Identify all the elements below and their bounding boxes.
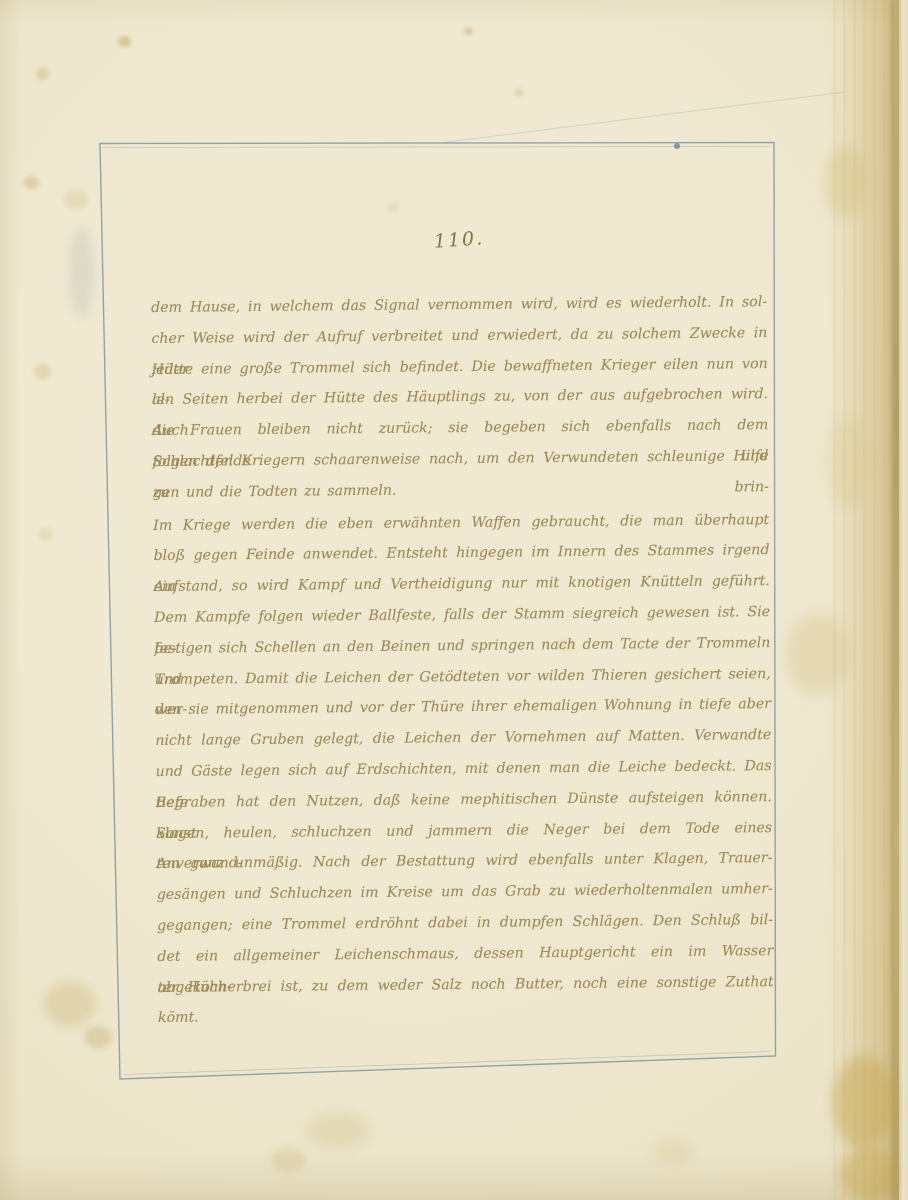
manuscript-page: 110. dem Hause, in welchem das Signal ve… [0, 0, 908, 1200]
ink-blot [674, 143, 680, 149]
stain [44, 982, 96, 1026]
paragraph-2: Im Kriege werden die eben erwähnten Waff… [153, 505, 774, 1004]
underlying-page-edge [899, 0, 908, 1200]
stain [34, 364, 51, 379]
stain [118, 36, 131, 47]
stain [514, 88, 524, 97]
stain [652, 1138, 696, 1164]
stain [306, 1112, 370, 1150]
page-number: 110. [425, 227, 492, 254]
page-edge-staining [826, 0, 896, 1200]
stray-ink-line [443, 92, 845, 143]
stain [38, 528, 53, 541]
stain [36, 68, 49, 80]
text-line: folgen den Kriegern schaarenweise nach, … [152, 441, 768, 478]
text-line: ter Hühnerbrei ist, zu dem weder Salz no… [158, 967, 774, 1004]
ruled-border-double-top [103, 147, 770, 148]
stain [64, 190, 88, 209]
stain [24, 176, 39, 189]
blue-ink-smudge [69, 226, 94, 318]
ruled-border-double-bottom [124, 1052, 770, 1075]
stain [464, 27, 473, 35]
stain [386, 202, 399, 213]
stain [270, 1148, 306, 1172]
manuscript-text: dem Hause, in welchem das Signal vernomm… [151, 287, 774, 1003]
stain [84, 1026, 112, 1048]
paragraph-1: dem Hause, in welchem das Signal vernomm… [151, 287, 769, 508]
